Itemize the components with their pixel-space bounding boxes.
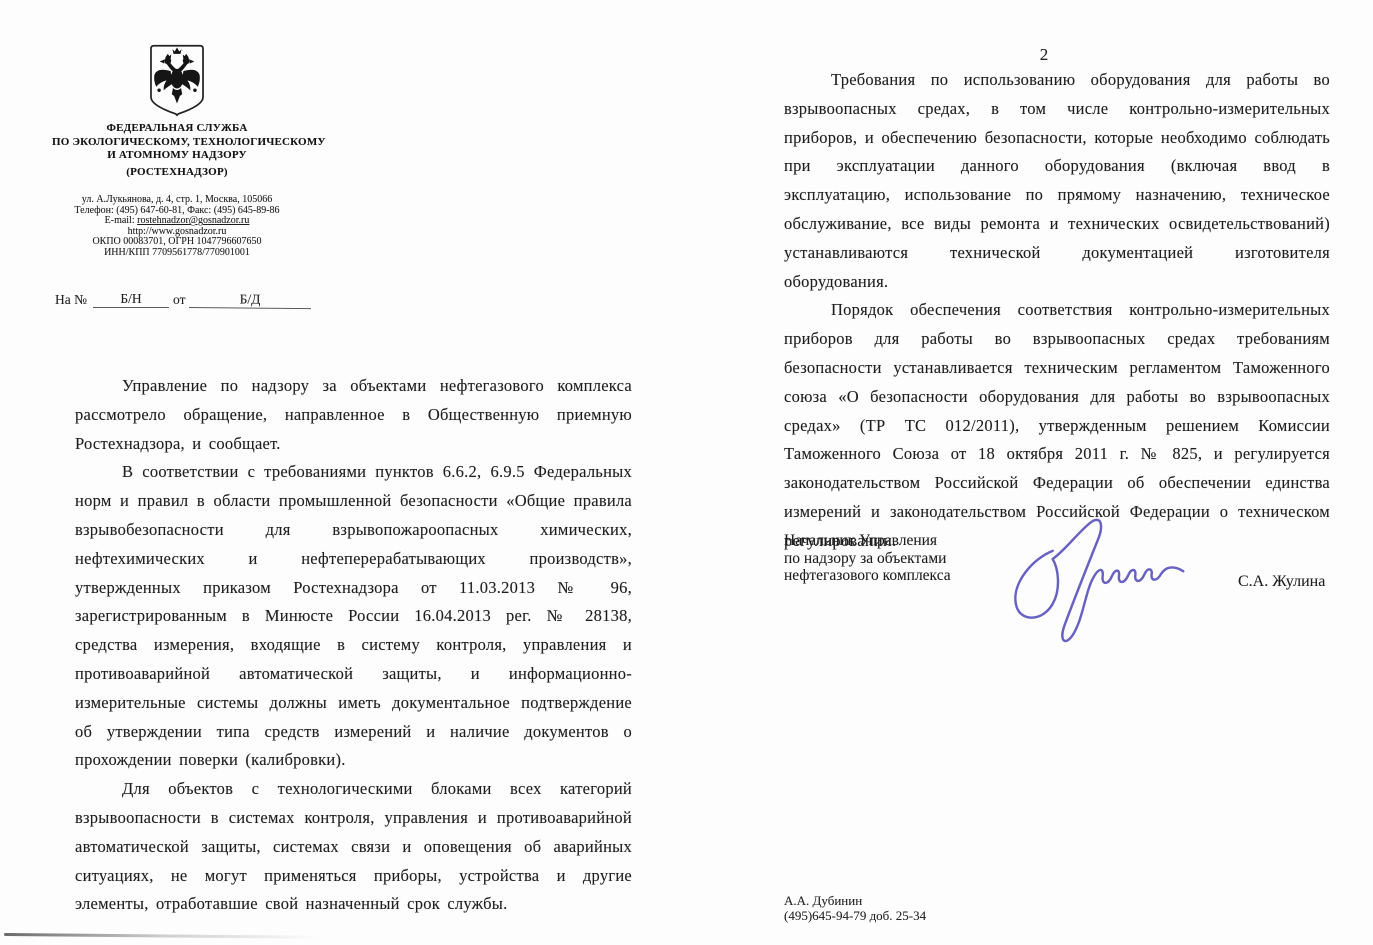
paragraph: Управление по надзору за объектами нефте… [75,372,632,458]
paragraph: Для объектов с технологическими блоками … [75,775,632,919]
reference-number-line: На № Б/Н от Б/Д [55,290,311,308]
signer-position-line: по надзору за объектами [784,550,951,568]
letter-body-page2: Требования по использованию оборудования… [784,66,1330,556]
letterhead: ФЕДЕРАЛЬНАЯ СЛУЖБА ПО ЭКОЛОГИЧЕСКОМУ, ТЕ… [52,44,302,259]
executor-contact: А.А. Дубинин (495)645-94-79 доб. 25-34 [784,893,926,923]
executor-phone: (495)645-94-79 доб. 25-34 [784,908,926,923]
paragraph: Требования по использованию оборудования… [784,66,1330,296]
org-name-line: ПО ЭКОЛОГИЧЕСКОМУ, ТЕХНОЛОГИЧЕСКОМУ [52,136,302,150]
address-line: ул. А.Лукьянова, д. 4, стр. 1, Москва, 1… [52,195,302,206]
signer-position-line: Начальник Управления [784,532,951,550]
scan-edge-artifact [4,933,322,939]
signer-name: С.А. Жулина [1238,573,1325,591]
letterhead-address-block: ул. А.Лукьянова, д. 4, стр. 1, Москва, 1… [52,195,302,259]
email-label: E-mail: [105,215,138,226]
executor-name: А.А. Дубинин [784,893,926,908]
reference-prefix: На № [55,292,93,308]
email-address: rostehnadzor@gosnadzor.ru [137,215,249,226]
reference-number-value: Б/Н [93,290,169,308]
scanned-letter: ФЕДЕРАЛЬНАЯ СЛУЖБА ПО ЭКОЛОГИЧЕСКОМУ, ТЕ… [0,0,1373,945]
reference-date-label: от [173,292,189,308]
reference-date-value: Б/Д [189,290,311,309]
coat-of-arms-icon [148,44,206,118]
registry-line-inn-kpp: ИНН/КПП 7709561778/770901001 [52,248,302,259]
letter-body-page1: Управление по надзору за объектами нефте… [75,372,632,919]
org-name-line: (РОСТЕХНАДЗОР) [52,166,302,180]
signer-position-line: нефтегазового комплекса [784,567,951,585]
handwritten-signature [993,510,1198,658]
org-name-line: ФЕДЕРАЛЬНАЯ СЛУЖБА [52,122,302,136]
paragraph: В соответствии с требованиями пунктов 6.… [75,458,632,775]
signer-position: Начальник Управления по надзору за объек… [784,532,951,585]
org-name-line: И АТОМНОМУ НАДЗОРУ [52,149,302,163]
page-number: 2 [1024,45,1064,65]
